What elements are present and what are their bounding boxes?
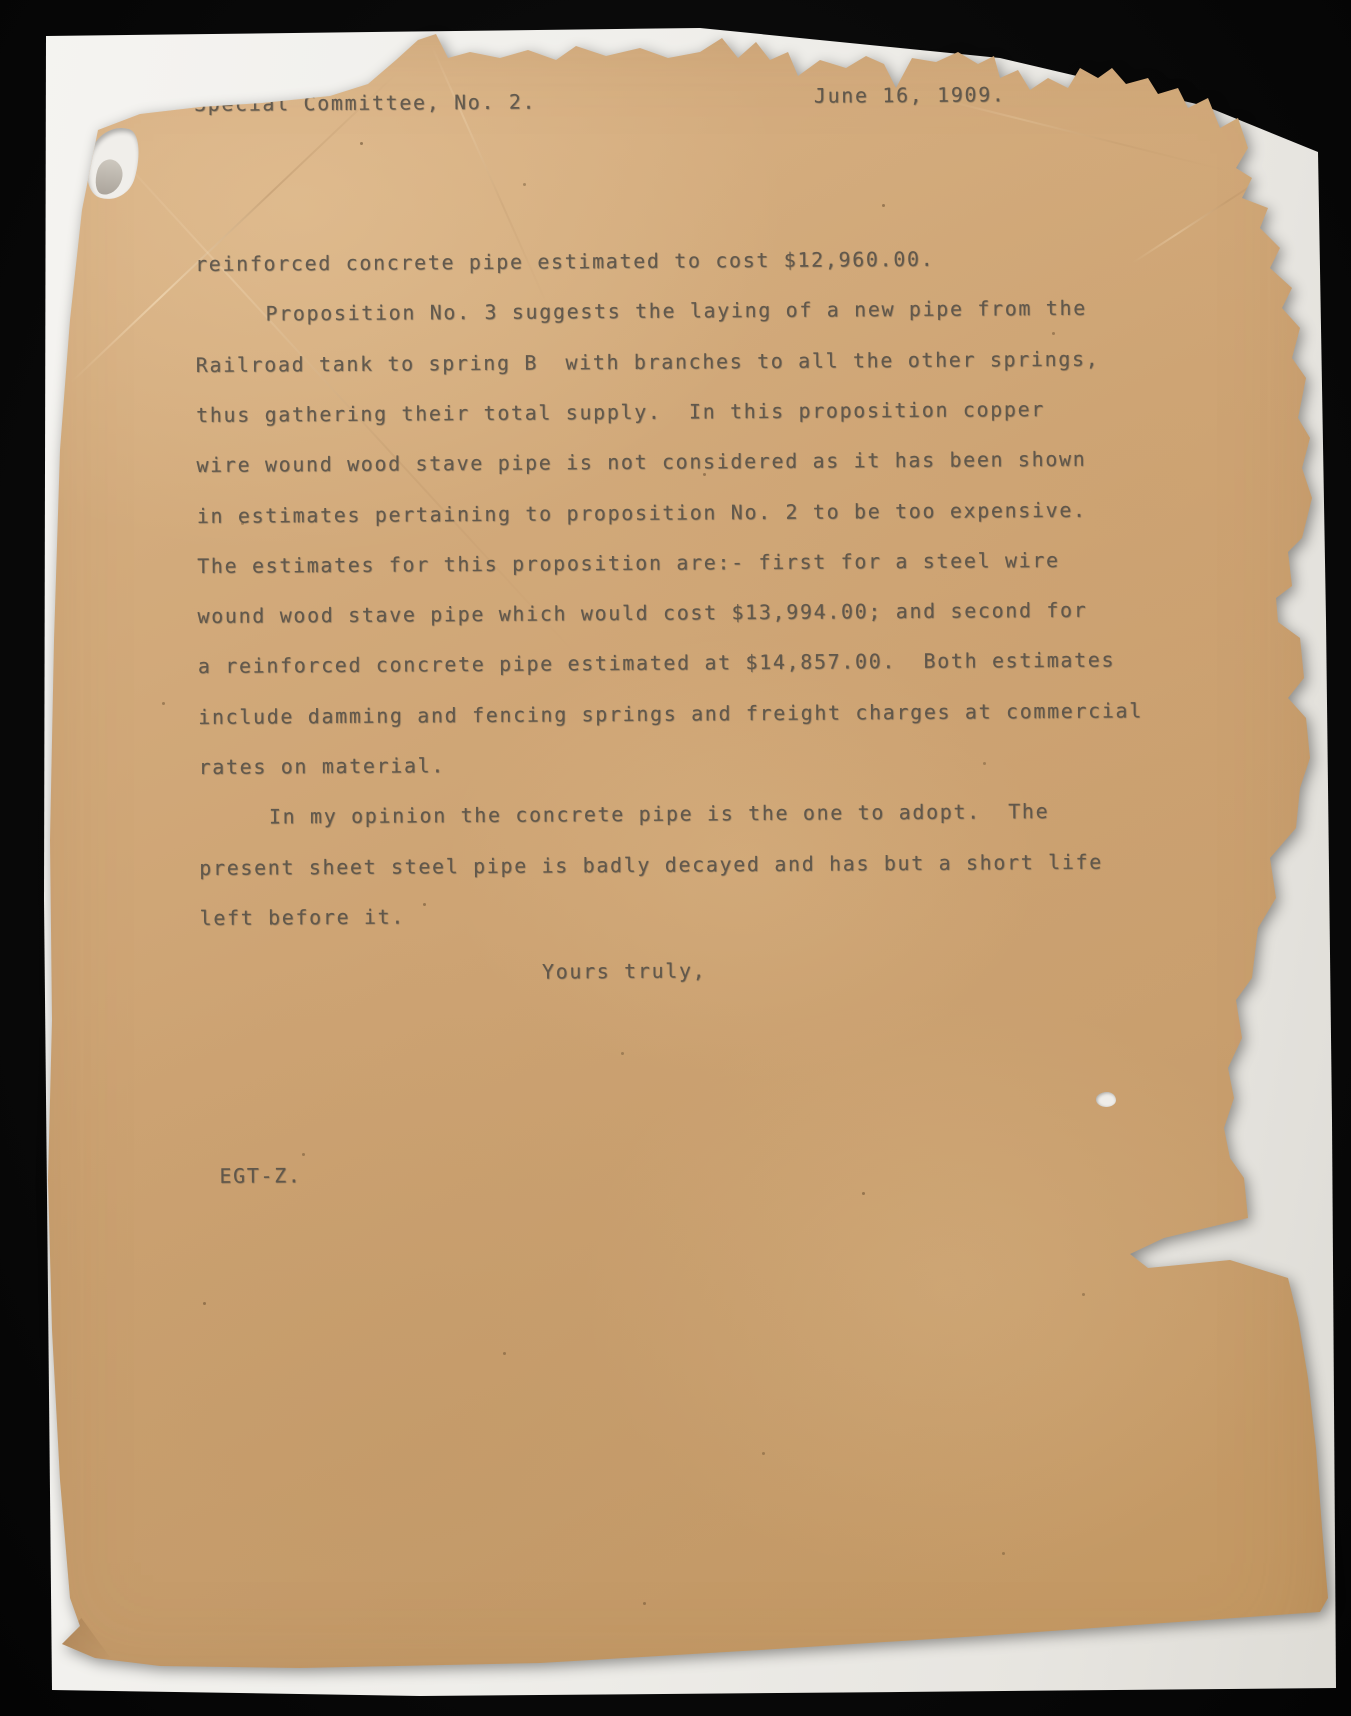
typed-line: wire wound wood stave pipe is not consid… <box>196 447 1086 477</box>
typed-line: rates on material. <box>198 753 445 779</box>
typed-line: in estimates pertaining to proposition N… <box>197 497 1087 527</box>
header-date: June 16, 1909. <box>814 82 1006 107</box>
typed-line: Proposition No. 3 suggests the laying of… <box>195 296 1087 326</box>
typed-line: Railroad tank to spring B with branches … <box>196 346 1100 376</box>
header-committee: Special Committee, No. 2. <box>194 90 536 116</box>
typed-closing: Yours truly, <box>542 958 706 983</box>
typed-line: a reinforced concrete pipe estimated at … <box>198 648 1115 678</box>
typed-line: In my opinion the concrete pipe is the o… <box>199 799 1050 829</box>
typed-line: present sheet steel pipe is badly decaye… <box>199 849 1103 879</box>
typed-line: left before it. <box>200 904 406 929</box>
typed-line: include damming and fencing springs and … <box>198 698 1143 729</box>
typed-line: The estimates for this proposition are:-… <box>197 548 1060 578</box>
typed-initials: EGT-Z. <box>219 1163 301 1188</box>
typed-line: thus gathering their total supply. In th… <box>196 397 1045 427</box>
typed-line: reinforced concrete pipe estimated to co… <box>195 247 934 276</box>
paper-shadow: Special Committee, No. 2. June 16, 1909.… <box>0 0 1351 1716</box>
scan-stage: Special Committee, No. 2. June 16, 1909.… <box>0 0 1351 1716</box>
dust-specks <box>0 0 3 3</box>
typed-text-layer: Special Committee, No. 2. June 16, 1909.… <box>0 0 1351 1716</box>
document-paper: Special Committee, No. 2. June 16, 1909.… <box>0 0 1351 1716</box>
typed-line: wound wood stave pipe which would cost $… <box>197 598 1087 628</box>
typed-body: reinforced concrete pipe estimated to co… <box>195 245 1200 1012</box>
